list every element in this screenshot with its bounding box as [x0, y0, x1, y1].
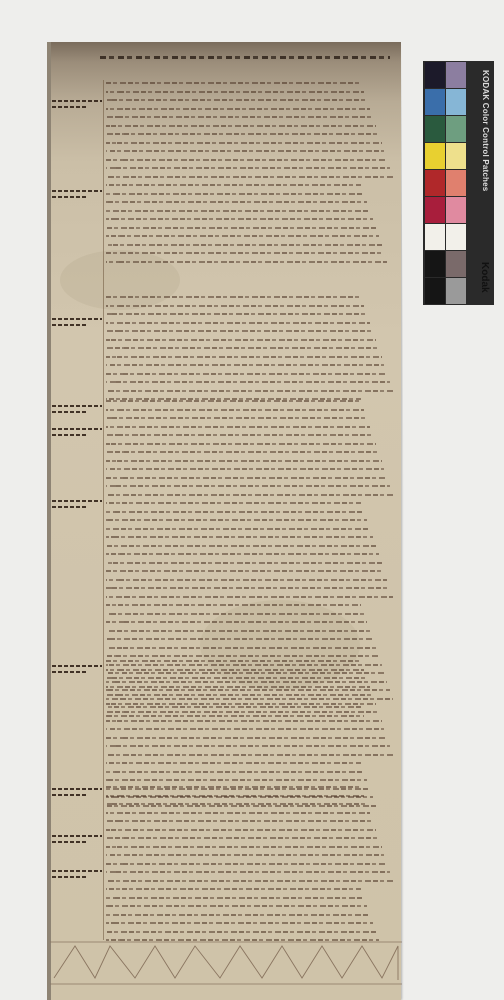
handwritten-line: [106, 468, 384, 470]
color-patch: [425, 143, 445, 169]
color-patch: [446, 278, 466, 304]
handwritten-line: [106, 125, 376, 127]
handwritten-line: [106, 596, 393, 598]
handwritten-line: [106, 426, 370, 428]
handwritten-line: [106, 553, 379, 555]
color-patch: [425, 62, 445, 88]
color-patch: [446, 170, 466, 196]
handwritten-line: [106, 347, 379, 349]
handwritten-line: [106, 502, 361, 504]
handwritten-line: [106, 820, 373, 822]
handwritten-line: [106, 400, 361, 402]
text-block: [106, 82, 396, 269]
margin-annotation: [52, 500, 102, 518]
handwritten-line: [106, 528, 370, 530]
handwritten-line: [106, 677, 367, 679]
handwritten-line: [106, 235, 379, 237]
handwritten-line: [106, 519, 367, 521]
handwritten-line: [106, 322, 370, 324]
margin-annotation: [52, 428, 102, 446]
handwritten-line: [106, 579, 387, 581]
margin-annotation: [52, 665, 102, 683]
handwritten-line: [106, 91, 364, 93]
handwritten-line: [106, 417, 367, 419]
handwritten-line: [106, 443, 376, 445]
color-patch: [425, 197, 445, 223]
color-patch: [425, 170, 445, 196]
handwritten-line: [106, 184, 361, 186]
handwritten-line: [106, 880, 393, 882]
handwritten-line: [106, 201, 367, 203]
margin-annotation: [52, 405, 102, 423]
handwritten-line: [106, 434, 373, 436]
margin-annotation: [52, 870, 102, 888]
color-patch: [446, 197, 466, 223]
handwritten-line: [106, 494, 393, 496]
handwritten-line: [106, 888, 361, 890]
text-block: [106, 786, 396, 948]
margin-annotation: [52, 190, 102, 208]
roll-header-text: [100, 52, 390, 64]
handwritten-line: [106, 737, 387, 739]
handwritten-line: [106, 871, 390, 873]
handwritten-line: [106, 846, 382, 848]
handwritten-line: [106, 720, 382, 722]
handwritten-line: [106, 613, 364, 615]
handwritten-line: [106, 711, 379, 713]
handwritten-line: [106, 390, 393, 392]
handwritten-line: [106, 647, 376, 649]
color-patch: [446, 143, 466, 169]
handwritten-line: [106, 545, 376, 547]
handwritten-line: [106, 795, 364, 797]
color-patch: [446, 116, 466, 142]
handwritten-line: [106, 570, 384, 572]
handwritten-line: [106, 330, 373, 332]
handwritten-line: [106, 745, 390, 747]
handwritten-line: [106, 159, 387, 161]
roll-left-edge: [47, 42, 51, 1000]
handwritten-line: [106, 210, 370, 212]
handwritten-line: [106, 244, 382, 246]
margin-annotation: [52, 100, 102, 118]
indented-cut-zigzag: [50, 940, 402, 985]
handwritten-line: [106, 694, 373, 696]
color-patch: [446, 62, 466, 88]
handwritten-line: [106, 754, 393, 756]
handwritten-line: [106, 460, 382, 462]
handwritten-line: [106, 905, 367, 907]
handwritten-line: [106, 703, 376, 705]
handwritten-line: [106, 218, 373, 220]
handwritten-line: [106, 771, 364, 773]
handwritten-line: [106, 669, 364, 671]
handwritten-line: [106, 812, 370, 814]
handwritten-line: [106, 931, 376, 933]
handwritten-line: [106, 176, 393, 178]
handwritten-line: [106, 621, 367, 623]
color-patch: [425, 251, 445, 277]
handwritten-line: [106, 313, 367, 315]
handwritten-line: [106, 364, 384, 366]
handwritten-line: [106, 914, 370, 916]
color-patch: [425, 116, 445, 142]
handwritten-line: [106, 133, 379, 135]
handwritten-line: [106, 409, 364, 411]
handwritten-line: [106, 82, 361, 84]
handwritten-line: [106, 630, 370, 632]
handwritten-line: [106, 339, 376, 341]
handwritten-line: [106, 863, 387, 865]
handwritten-line: [106, 660, 361, 662]
handwritten-line: [106, 485, 390, 487]
handwritten-line: [106, 305, 364, 307]
handwritten-line: [106, 167, 390, 169]
kodak-logo: Kodak: [470, 262, 490, 302]
color-patch: [446, 224, 466, 250]
handwritten-line: [106, 116, 373, 118]
color-patch: [425, 224, 445, 250]
handwritten-line: [106, 829, 376, 831]
handwritten-line: [106, 897, 364, 899]
handwritten-line: [106, 728, 384, 730]
handwritten-line: [106, 356, 382, 358]
margin-annotation: [52, 835, 102, 853]
handwritten-line: [106, 451, 379, 453]
margin-rule-line: [103, 80, 104, 940]
handwritten-line: [106, 150, 384, 152]
margin-annotation: [52, 318, 102, 336]
handwritten-line: [106, 638, 373, 640]
handwritten-line: [106, 296, 361, 298]
color-patch: [425, 278, 445, 304]
text-block: [106, 296, 396, 407]
handwritten-line: [106, 477, 387, 479]
handwritten-line: [106, 227, 376, 229]
handwritten-line: [106, 922, 373, 924]
handwritten-line: [106, 381, 390, 383]
color-card-label: KODAK Color Control Patches: [470, 70, 490, 230]
handwritten-line: [106, 193, 364, 195]
handwritten-line: [106, 142, 382, 144]
handwritten-line: [106, 837, 379, 839]
handwritten-line: [106, 686, 370, 688]
handwritten-line: [106, 99, 367, 101]
handwritten-line: [106, 108, 370, 110]
handwritten-line: [106, 854, 384, 856]
margin-annotation: [52, 788, 102, 806]
color-patch: [446, 251, 466, 277]
handwritten-line: [106, 261, 387, 263]
handwritten-line: [106, 803, 367, 805]
handwritten-line: [106, 587, 390, 589]
handwritten-line: [106, 779, 367, 781]
handwritten-line: [106, 536, 373, 538]
handwritten-line: [106, 511, 364, 513]
handwritten-line: [106, 762, 361, 764]
handwritten-line: [106, 373, 387, 375]
handwritten-line: [106, 562, 382, 564]
handwritten-line: [106, 655, 379, 657]
handwritten-line: [106, 604, 361, 606]
color-patch: [446, 89, 466, 115]
handwritten-line: [106, 786, 361, 788]
handwritten-line: [106, 252, 384, 254]
color-patch: [425, 89, 445, 115]
